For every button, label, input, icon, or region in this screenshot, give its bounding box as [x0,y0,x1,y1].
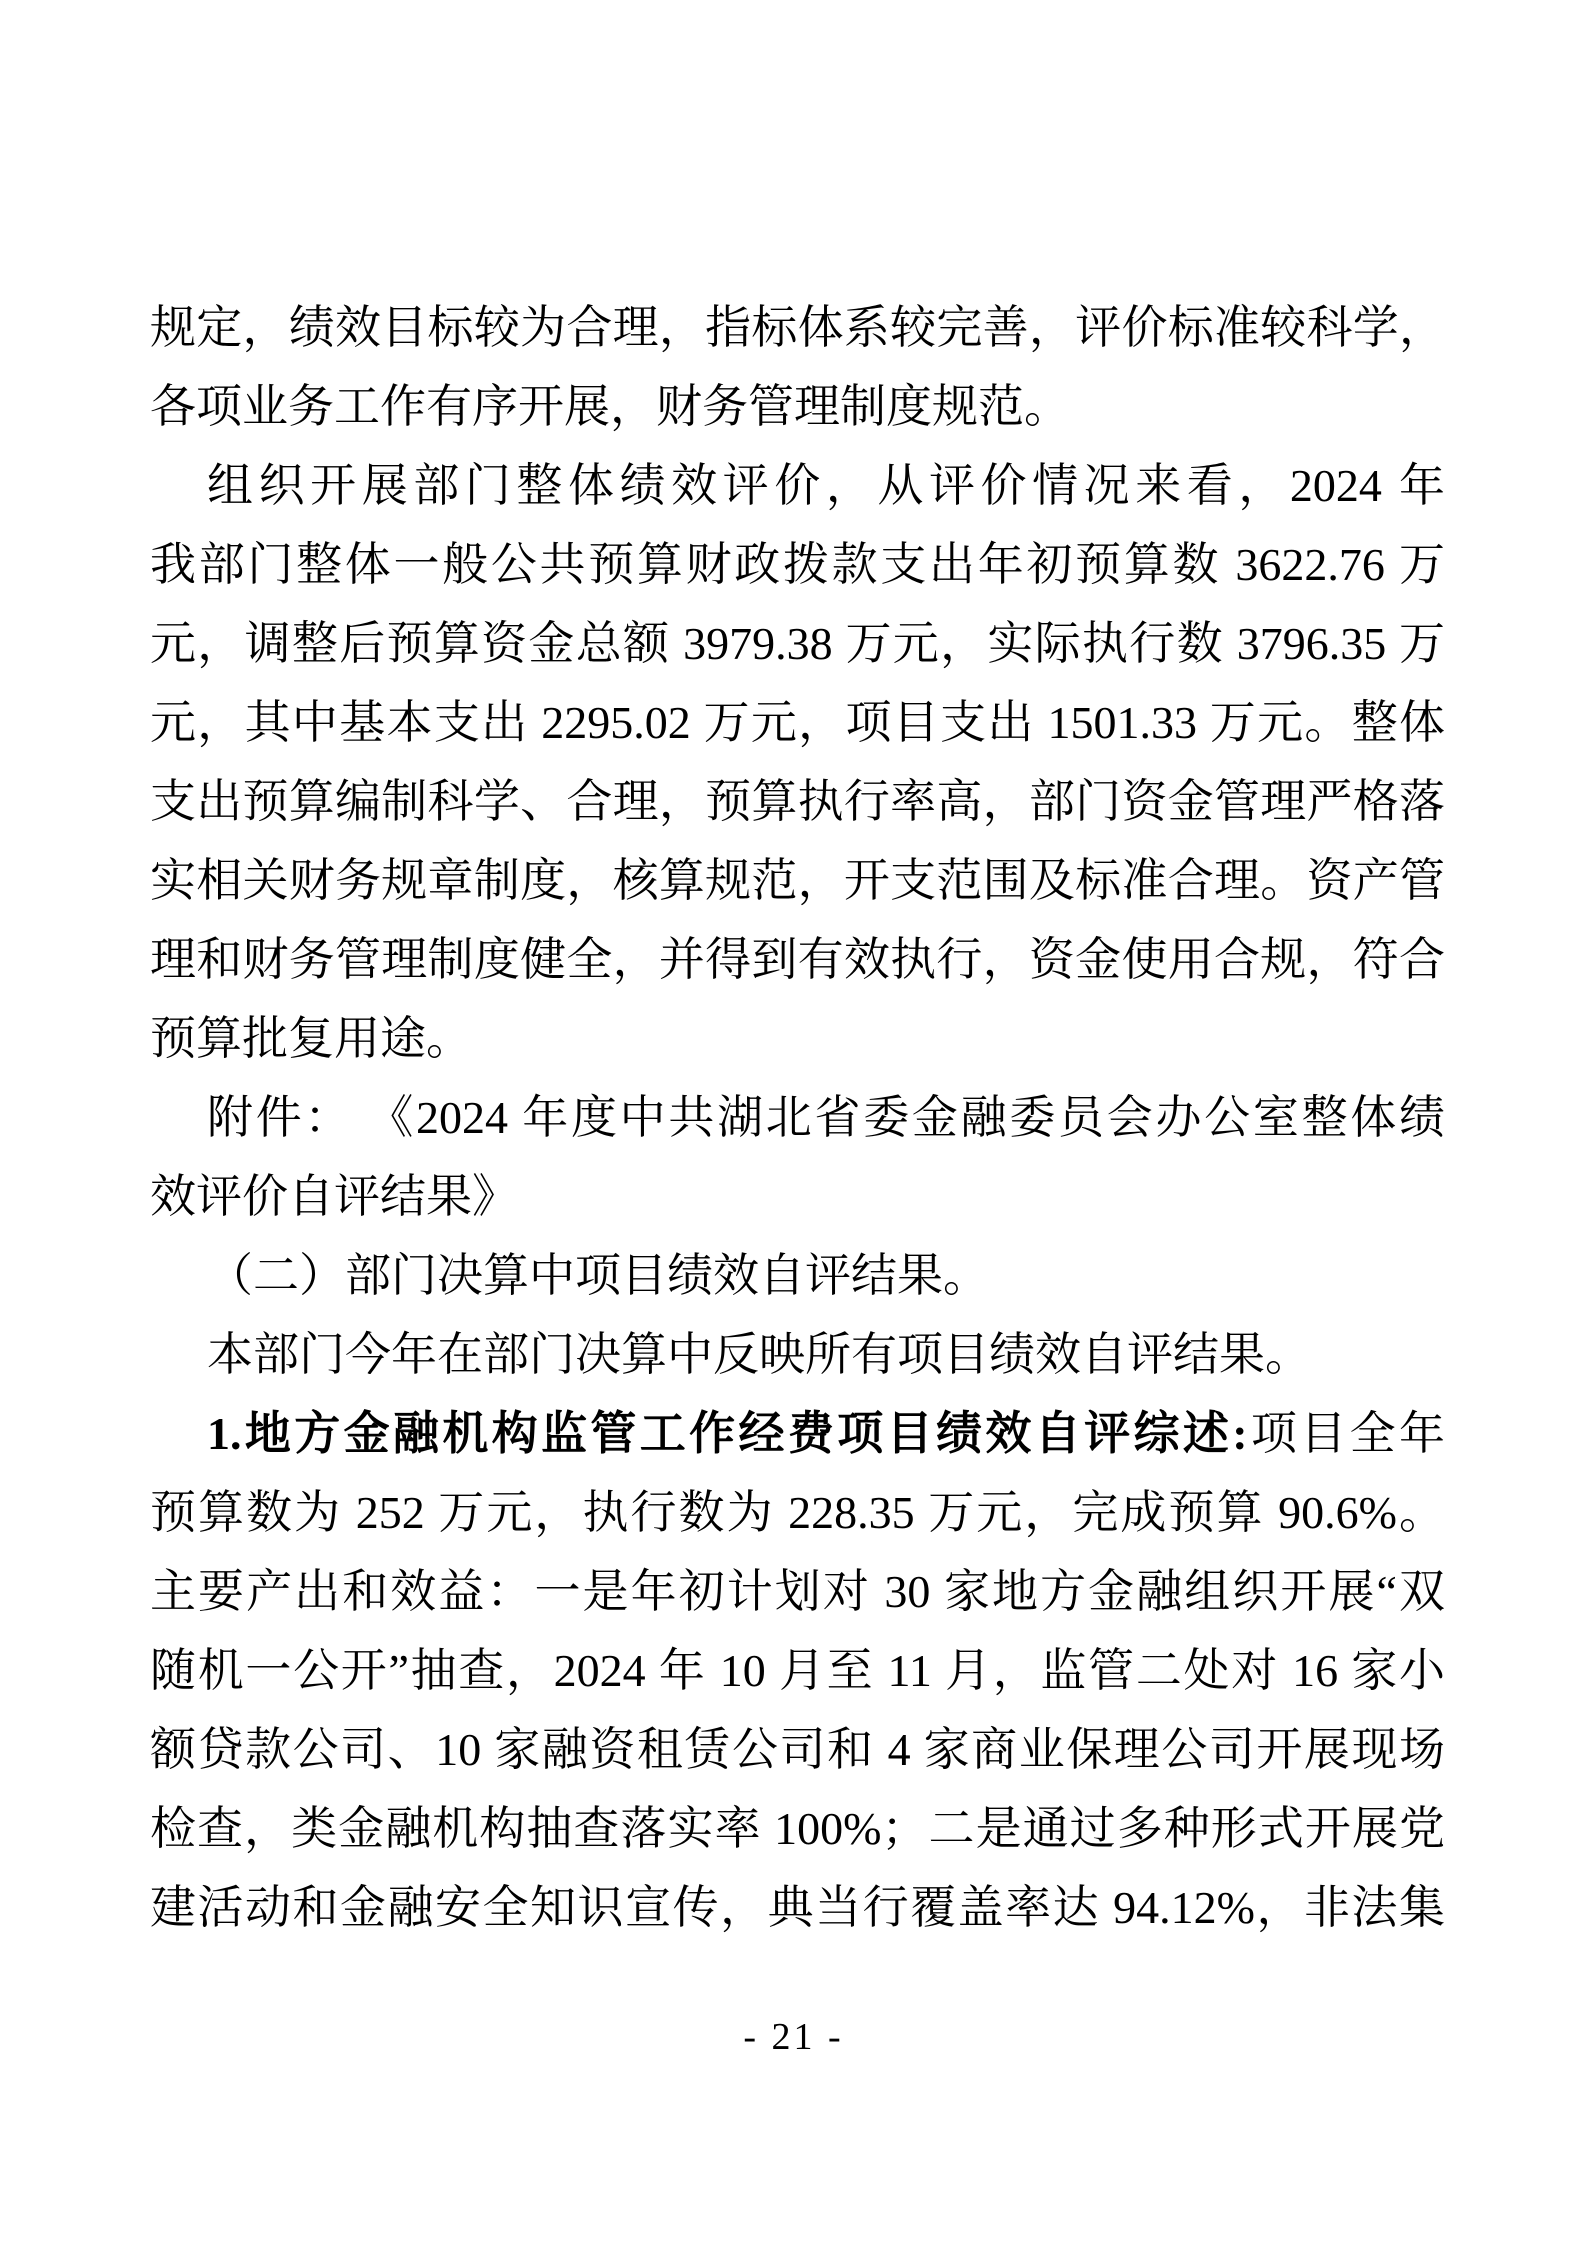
text-line: 预算批复用途。 [150,999,1445,1078]
text-line: 额贷款公司、10 家融资租赁公司和 4 家商业保理公司开展现场 [150,1710,1445,1789]
text-segment: 预算数为 252 万元，执行数为 228.35 万元，完成预算 90.6%。 [150,1487,1445,1538]
text-segment: 我部门整体一般公共预算财政拨款支出年初预算数 3622.76 万 [150,539,1445,590]
text-line: 主要产出和效益：一是年初计划对 30 家地方金融组织开展“双 [150,1552,1445,1631]
text-segment: （二）部门决算中项目绩效自评结果。 [207,1250,989,1301]
text-segment: 建活动和金融安全知识宣传，典当行覆盖率达 94.12%，非法集 [150,1882,1445,1933]
text-segment: 元，其中基本支出 2295.02 万元，项目支出 1501.33 万元。整体 [150,697,1445,748]
page-number: - 21 - [0,2015,1587,2059]
text-line: 实相关财务规章制度，核算规范，开支范围及标准合理。资产管 [150,841,1445,920]
text-line: 理和财务管理制度健全，并得到有效执行，资金使用合规，符合 [150,920,1445,999]
text-segment: 支出预算编制科学、合理，预算执行率高，部门资金管理严格落 [150,776,1445,827]
text-segment: 元，调整后预算资金总额 3979.38 万元，实际执行数 3796.35 万 [150,618,1445,669]
text-segment: 项目全年 [1248,1408,1445,1459]
text-line: 元，调整后预算资金总额 3979.38 万元，实际执行数 3796.35 万 [150,604,1445,683]
text-segment: 理和财务管理制度健全，并得到有效执行，资金使用合规，符合 [150,934,1445,985]
text-segment: 检查，类金融机构抽查落实率 100%；二是通过多种形式开展党 [150,1803,1445,1854]
text-segment: 规定，绩效目标较为合理，指标体系较完善，评价标准较科学， [150,302,1445,353]
document-body: 规定，绩效目标较为合理，指标体系较完善，评价标准较科学，各项业务工作有序开展，财… [150,288,1445,1947]
text-line: 附件： 《2024 年度中共湖北省委金融委员会办公室整体绩 [150,1078,1445,1157]
text-line: 预算数为 252 万元，执行数为 228.35 万元，完成预算 90.6%。 [150,1473,1445,1552]
text-segment: 随机一公开”抽查，2024 年 10 月至 11 月，监管二处对 16 家小 [150,1645,1445,1696]
bold-text-segment: 1.地方金融机构监管工作经费项目绩效自评综述: [207,1408,1248,1459]
text-line: 检查，类金融机构抽查落实率 100%；二是通过多种形式开展党 [150,1789,1445,1868]
text-line: 我部门整体一般公共预算财政拨款支出年初预算数 3622.76 万 [150,525,1445,604]
text-line: 规定，绩效目标较为合理，指标体系较完善，评价标准较科学， [150,288,1445,367]
text-segment: 实相关财务规章制度，核算规范，开支范围及标准合理。资产管 [150,855,1445,906]
text-line: 随机一公开”抽查，2024 年 10 月至 11 月，监管二处对 16 家小 [150,1631,1445,1710]
text-line: 支出预算编制科学、合理，预算执行率高，部门资金管理严格落 [150,762,1445,841]
text-line: 效评价自评结果》 [150,1157,1445,1236]
text-segment: 主要产出和效益：一是年初计划对 30 家地方金融组织开展“双 [150,1566,1445,1617]
text-segment: 效评价自评结果》 [150,1171,518,1222]
text-segment: 额贷款公司、10 家融资租赁公司和 4 家商业保理公司开展现场 [150,1724,1445,1775]
text-segment: 组织开展部门整体绩效评价，从评价情况来看，2024 年 [207,460,1445,511]
document-page: 规定，绩效目标较为合理，指标体系较完善，评价标准较科学，各项业务工作有序开展，财… [0,0,1587,2245]
text-line: （二）部门决算中项目绩效自评结果。 [150,1236,1445,1315]
text-segment: 本部门今年在部门决算中反映所有项目绩效自评结果。 [207,1329,1311,1380]
text-line: 元，其中基本支出 2295.02 万元，项目支出 1501.33 万元。整体 [150,683,1445,762]
text-segment: 附件： 《2024 年度中共湖北省委金融委员会办公室整体绩 [207,1092,1445,1143]
text-segment: 预算批复用途。 [150,1013,472,1064]
text-line: 建活动和金融安全知识宣传，典当行覆盖率达 94.12%，非法集 [150,1868,1445,1947]
text-line: 本部门今年在部门决算中反映所有项目绩效自评结果。 [150,1315,1445,1394]
text-line: 组织开展部门整体绩效评价，从评价情况来看，2024 年 [150,446,1445,525]
text-line: 1.地方金融机构监管工作经费项目绩效自评综述:项目全年 [150,1394,1445,1473]
text-line: 各项业务工作有序开展，财务管理制度规范。 [150,367,1445,446]
text-segment: 各项业务工作有序开展，财务管理制度规范。 [150,381,1070,432]
